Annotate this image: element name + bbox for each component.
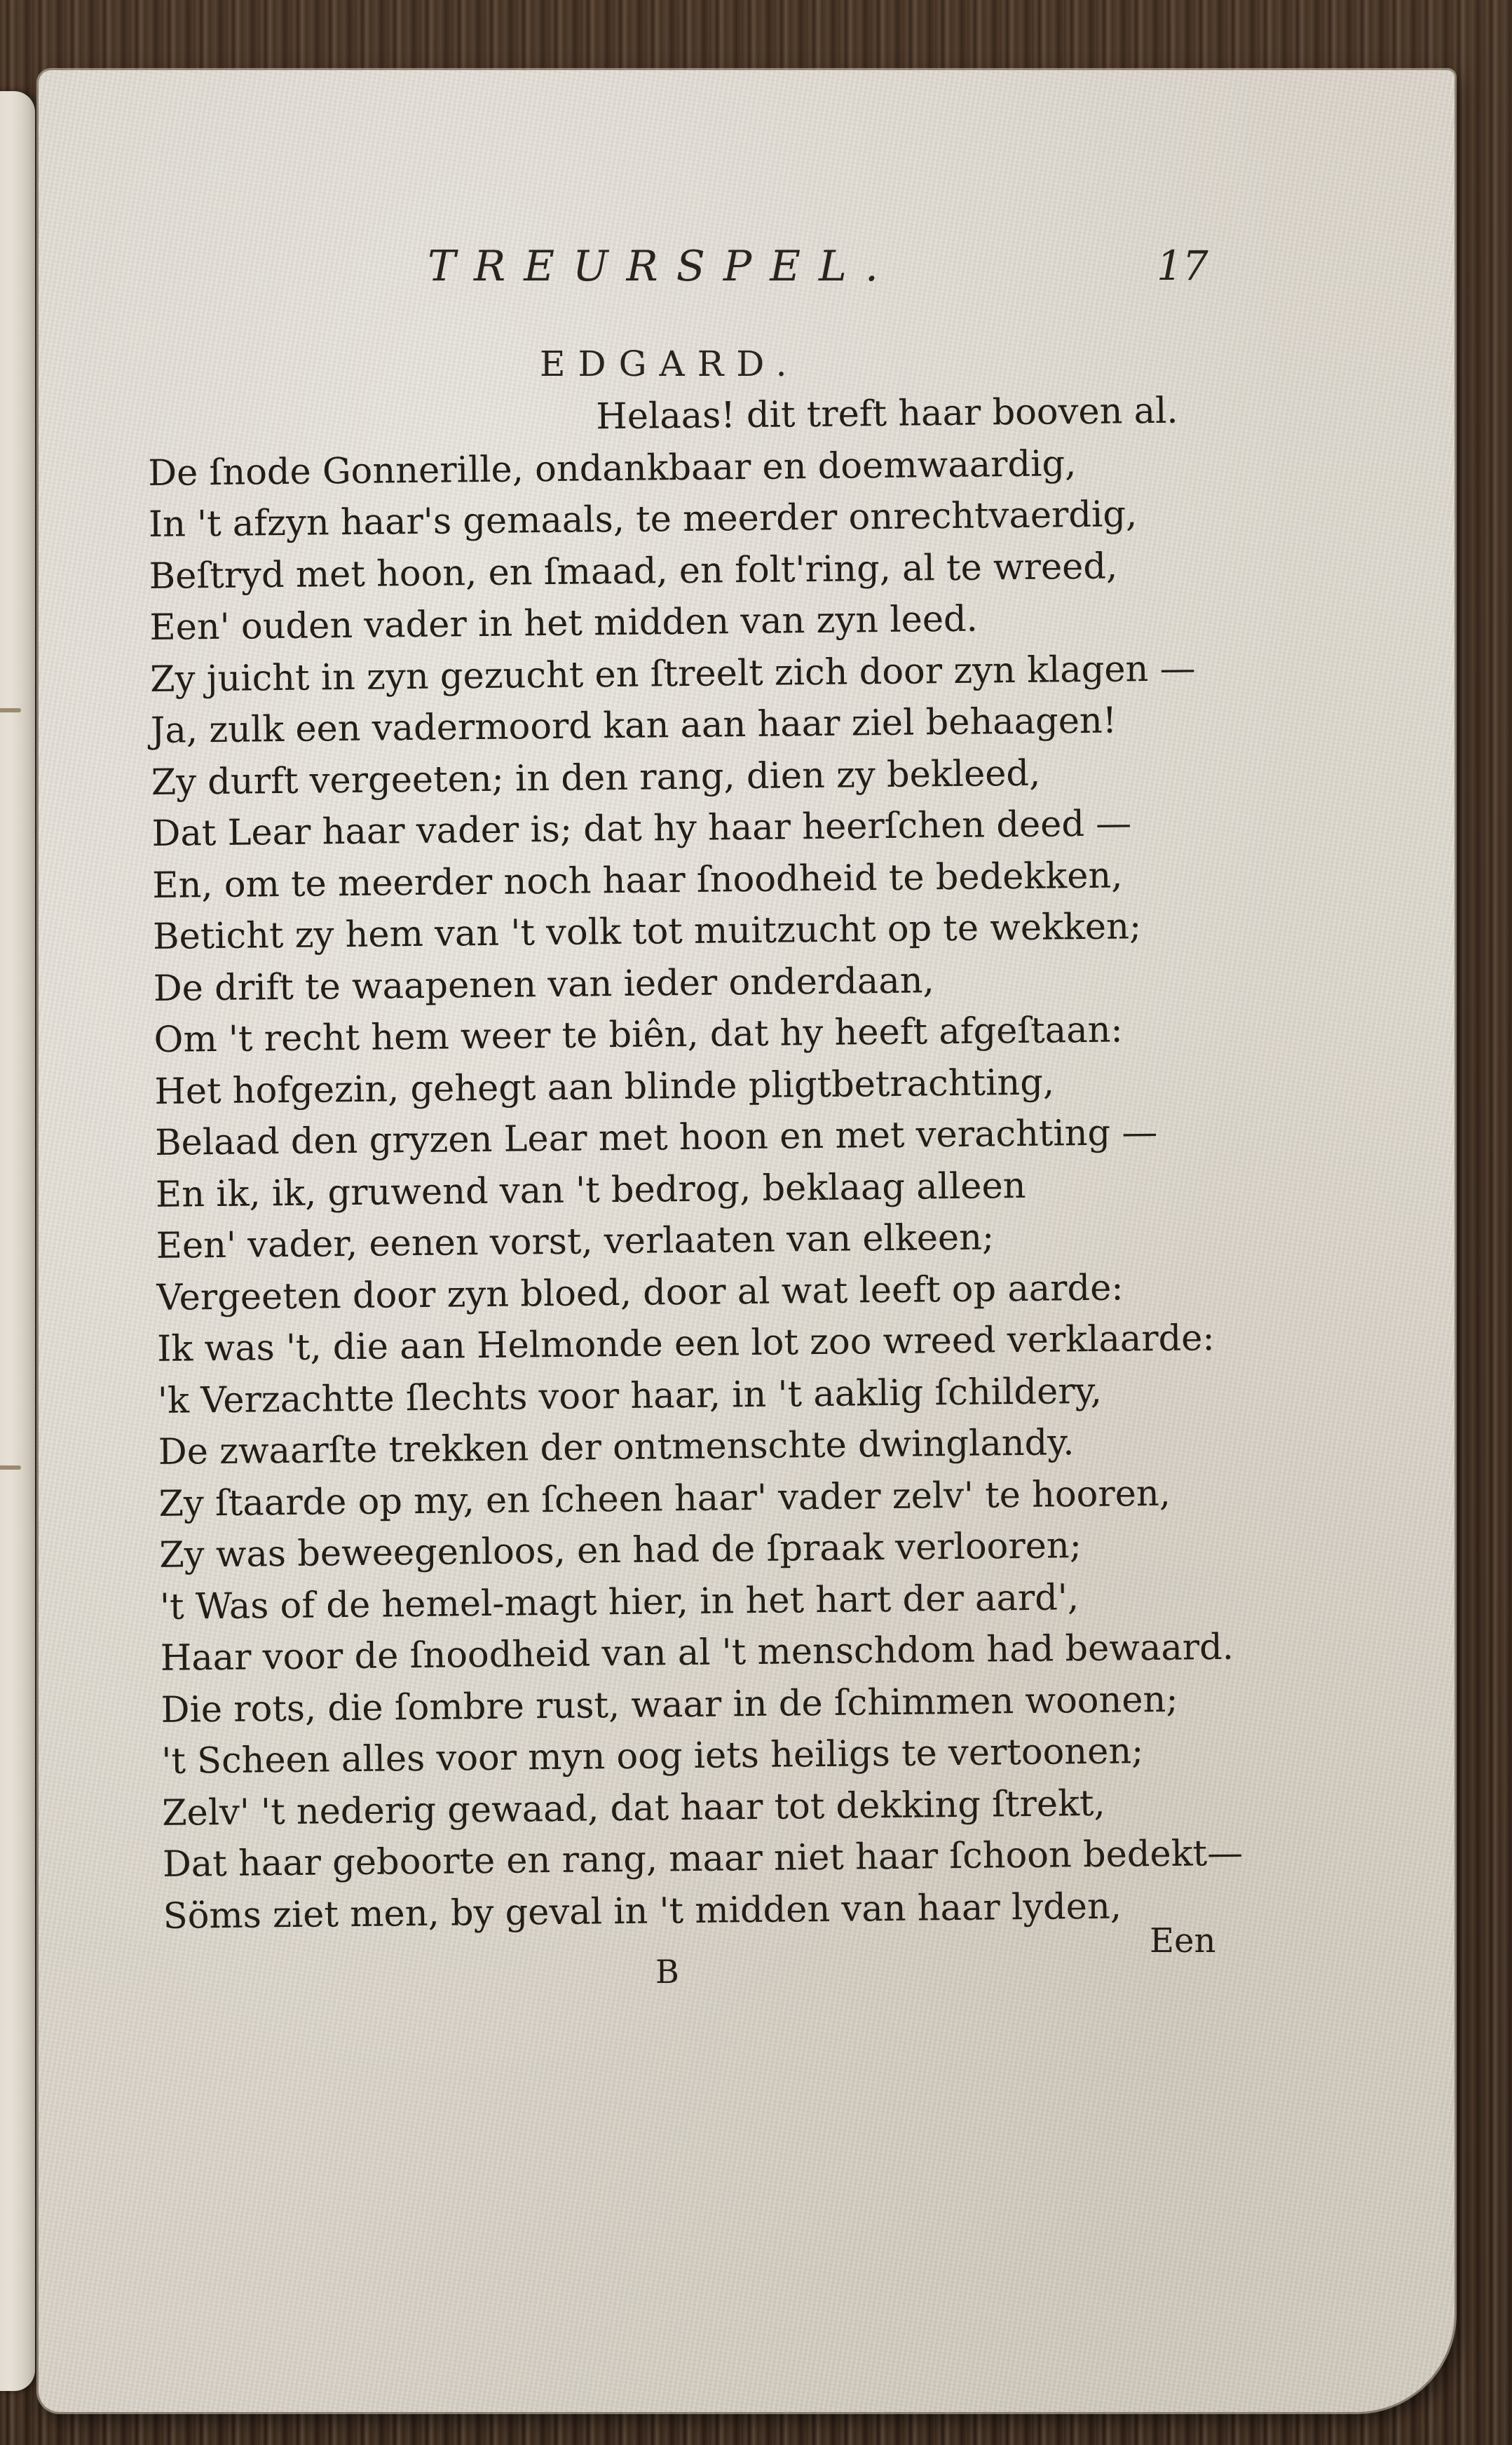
running-head: TREURSPEL. bbox=[428, 242, 897, 291]
facing-page-edge bbox=[0, 91, 35, 2391]
verse-block: Helaas! dit treft haar booven al. De ſno… bbox=[147, 385, 1257, 1942]
binding-thread bbox=[0, 708, 21, 712]
page-number: 17 bbox=[1157, 242, 1208, 290]
signature-mark: B bbox=[655, 1953, 679, 1991]
speaker-name: EDGARD. bbox=[540, 344, 799, 384]
catchword: Een bbox=[1150, 1921, 1215, 1960]
binding-thread bbox=[0, 1465, 21, 1470]
